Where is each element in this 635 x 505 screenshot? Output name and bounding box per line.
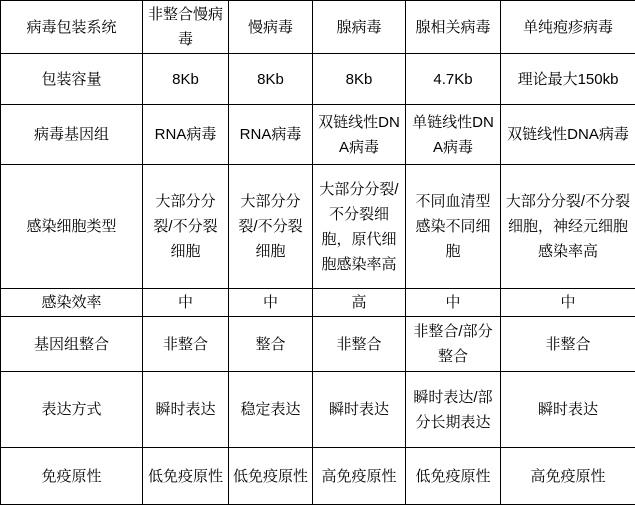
table-cell: 非整合 (501, 317, 635, 372)
table-cell: 大部分分裂/不分裂细胞 (229, 165, 313, 289)
corner-header-cell: 病毒包装系统 (1, 1, 143, 54)
table-cell: 非整合 (143, 317, 229, 372)
table-cell: RNA病毒 (229, 105, 313, 165)
table-cell: 低免疫原性 (406, 448, 501, 505)
col-header-adenovirus: 腺病毒 (313, 1, 406, 54)
row-header-infection-efficiency: 感染效率 (1, 289, 143, 317)
table-cell: 低免疫原性 (229, 448, 313, 505)
row-header-genome-integration: 基因组整合 (1, 317, 143, 372)
table-row-infected-cell-types: 感染细胞类型 大部分分裂/不分裂细胞 大部分分裂/不分裂细胞 大部分分裂/不分裂… (1, 165, 635, 289)
table-cell: 瞬时表达 (501, 372, 635, 448)
col-header-hsv: 单纯疱疹病毒 (501, 1, 635, 54)
table-cell: 瞬时表达/部分长期表达 (406, 372, 501, 448)
table-cell: 大部分分裂/不分裂细胞 (143, 165, 229, 289)
virus-packaging-comparison-page: 病毒包装系统 非整合慢病毒 慢病毒 腺病毒 腺相关病毒 单纯疱疹病毒 包装容量 … (0, 0, 635, 503)
row-header-expression-mode: 表达方式 (1, 372, 143, 448)
table-cell: 高免疫原性 (501, 448, 635, 505)
table-cell: 中 (229, 289, 313, 317)
table-cell: 非整合/部分整合 (406, 317, 501, 372)
virus-packaging-comparison-table: 病毒包装系统 非整合慢病毒 慢病毒 腺病毒 腺相关病毒 单纯疱疹病毒 包装容量 … (0, 0, 635, 505)
row-header-packaging-capacity: 包装容量 (1, 54, 143, 105)
table-cell: 中 (143, 289, 229, 317)
col-header-non-integrating-lentivirus: 非整合慢病毒 (143, 1, 229, 54)
table-row-infection-efficiency: 感染效率 中 中 高 中 中 (1, 289, 635, 317)
table-row-expression-mode: 表达方式 瞬时表达 稳定表达 瞬时表达 瞬时表达/部分长期表达 瞬时表达 (1, 372, 635, 448)
table-cell: 瞬时表达 (313, 372, 406, 448)
table-cell: 理论最大150kb (501, 54, 635, 105)
table-cell: 双链线性DNA病毒 (501, 105, 635, 165)
table-cell: 非整合 (313, 317, 406, 372)
table-cell: 整合 (229, 317, 313, 372)
table-cell: 8Kb (229, 54, 313, 105)
table-cell: 8Kb (143, 54, 229, 105)
table-cell: 稳定表达 (229, 372, 313, 448)
table-cell: 大部分分裂/不分裂细胞，神经元细胞感染率高 (501, 165, 635, 289)
table-cell: 8Kb (313, 54, 406, 105)
row-header-immunogenicity: 免疫原性 (1, 448, 143, 505)
table-cell: 双链线性DNA病毒 (313, 105, 406, 165)
col-header-aav: 腺相关病毒 (406, 1, 501, 54)
table-cell: 高 (313, 289, 406, 317)
col-header-lentivirus: 慢病毒 (229, 1, 313, 54)
table-cell: 单链线性DNA病毒 (406, 105, 501, 165)
table-row-viral-genome: 病毒基因组 RNA病毒 RNA病毒 双链线性DNA病毒 单链线性DNA病毒 双链… (1, 105, 635, 165)
row-header-viral-genome: 病毒基因组 (1, 105, 143, 165)
table-cell: RNA病毒 (143, 105, 229, 165)
table-cell: 不同血清型感染不同细胞 (406, 165, 501, 289)
table-cell: 4.7Kb (406, 54, 501, 105)
table-row-genome-integration: 基因组整合 非整合 整合 非整合 非整合/部分整合 非整合 (1, 317, 635, 372)
table-row-packaging-capacity: 包装容量 8Kb 8Kb 8Kb 4.7Kb 理论最大150kb (1, 54, 635, 105)
table-cell: 大部分分裂/不分裂细胞，原代细胞感染率高 (313, 165, 406, 289)
table-row-immunogenicity: 免疫原性 低免疫原性 低免疫原性 高免疫原性 低免疫原性 高免疫原性 (1, 448, 635, 505)
table-cell: 中 (406, 289, 501, 317)
table-cell: 瞬时表达 (143, 372, 229, 448)
table-cell: 高免疫原性 (313, 448, 406, 505)
table-cell: 中 (501, 289, 635, 317)
table-header-row: 病毒包装系统 非整合慢病毒 慢病毒 腺病毒 腺相关病毒 单纯疱疹病毒 (1, 1, 635, 54)
table-cell: 低免疫原性 (143, 448, 229, 505)
row-header-infected-cell-types: 感染细胞类型 (1, 165, 143, 289)
